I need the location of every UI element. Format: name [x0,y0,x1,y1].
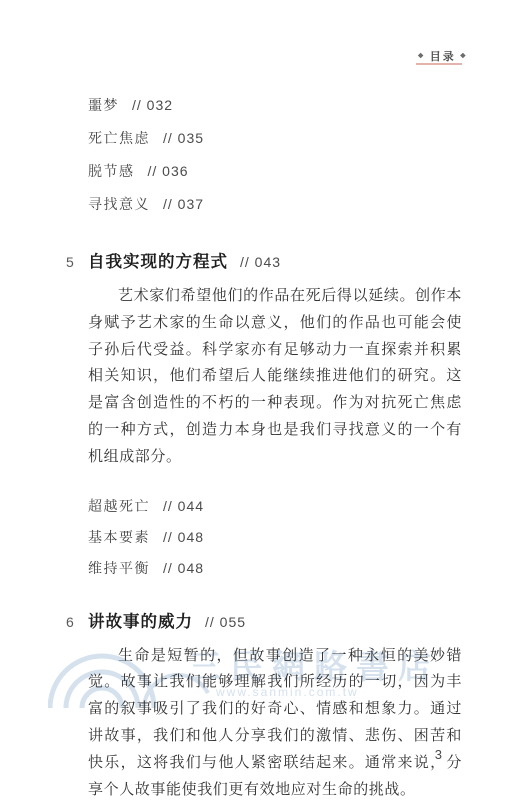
chapter-page: 043 [255,254,281,270]
running-head: ❖ 目录 ❖ [417,48,468,64]
toc-separator: // [163,130,173,146]
toc-entry: 噩梦// 032 [88,96,462,115]
toc-entry-title: 死亡焦虑 [88,130,150,146]
toc-entry-title: 超越死亡 [88,498,150,514]
toc-group-2: 超越死亡// 044 基本要素// 048 维持平衡// 048 [88,497,462,578]
diamond-bullet-icon: ❖ [460,52,468,60]
toc-chapter-6: 6 讲故事的威力 // 055 生命是短暂的，但故事创造了一种永恒的美妙错觉。故… [88,608,462,800]
toc-entry-page: 032 [147,97,173,113]
page-number: 3 [435,747,442,762]
toc-separator: // [163,560,173,576]
toc-separator: // [132,97,142,113]
chapter-heading: 5 自我实现的方程式 // 043 [66,248,462,272]
chapter-title: 自我实现的方程式 [88,248,228,272]
toc-entry: 基本要素// 048 [88,528,462,547]
toc-separator: // [148,163,158,179]
toc-entry: 超越死亡// 044 [88,497,462,516]
toc-separator: // [163,498,173,514]
book-toc-page: ❖ 目录 ❖ 三民網路書店 www.sanmin.com.tw 噩梦// 032… [0,0,515,800]
chapter-number: 5 [66,254,88,270]
toc-content: 噩梦// 032 死亡焦虑// 035 脱节感// 036 寻找意义// 037… [0,0,515,800]
chapter-summary: 艺术家们希望他们的作品在死后得以延续。创作本身赋予艺术家的生命以意义，他们的作品… [88,283,462,471]
toc-entry-title: 脱节感 [88,163,135,179]
chapter-page: 055 [220,614,246,630]
toc-separator: // [163,529,173,545]
toc-entry-page: 048 [178,529,204,545]
running-head-title: 目录 [430,48,456,64]
toc-entry-title: 维持平衡 [88,560,150,576]
toc-separator: // [240,254,250,270]
toc-entry-page: 037 [178,196,204,212]
toc-entry-page: 048 [178,560,204,576]
chapter-title: 讲故事的威力 [88,608,193,632]
chapter-summary: 生命是短暂的，但故事创造了一种永恒的美妙错觉。故事让我们能够理解我们所经历的一切… [88,643,462,800]
toc-group-1: 噩梦// 032 死亡焦虑// 035 脱节感// 036 寻找意义// 037 [88,96,462,214]
toc-entry: 寻找意义// 037 [88,195,462,214]
toc-entry-page: 036 [162,163,188,179]
toc-entry-title: 寻找意义 [88,196,150,212]
toc-entry-page: 044 [178,498,204,514]
toc-entry-title: 基本要素 [88,529,150,545]
toc-entry-title: 噩梦 [88,97,119,113]
toc-chapter-5: 5 自我实现的方程式 // 043 艺术家们希望他们的作品在死后得以延续。创作本… [88,248,462,471]
diamond-bullet-icon: ❖ [417,52,425,60]
toc-separator: // [205,614,215,630]
chapter-number: 6 [66,614,88,630]
chapter-heading: 6 讲故事的威力 // 055 [66,608,462,632]
toc-entry: 死亡焦虑// 035 [88,129,462,148]
running-head-underline [416,63,462,65]
toc-entry-page: 035 [178,130,204,146]
toc-entry: 维持平衡// 048 [88,559,462,578]
toc-entry: 脱节感// 036 [88,162,462,181]
toc-separator: // [163,196,173,212]
